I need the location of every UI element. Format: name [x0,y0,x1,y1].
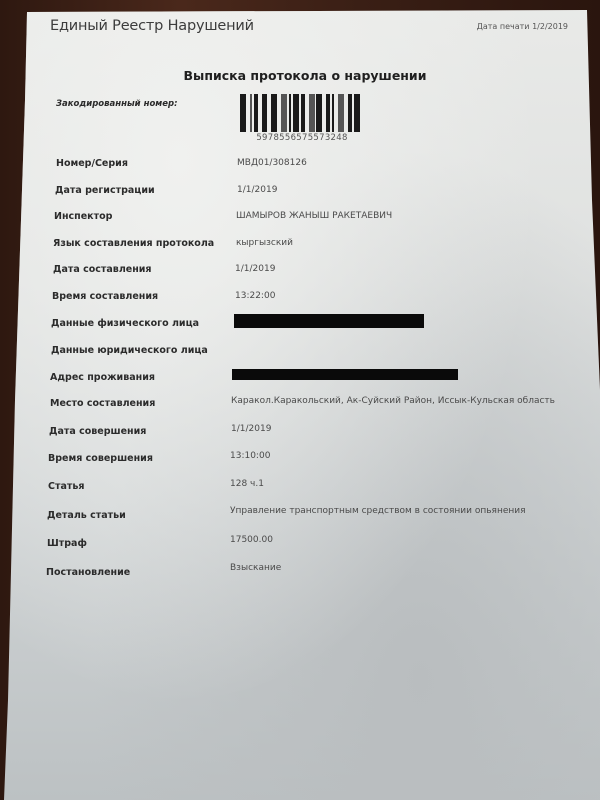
field-value: 1/1/2019 [235,264,275,274]
printed-document: Единый Реестр Нарушений Дата печати 1/2/… [0,0,600,800]
field-value: 13:10:00 [230,451,270,461]
redaction-bar [234,314,424,328]
field-value: 17500.00 [230,535,273,545]
field-label: Дата составления [53,264,152,275]
field-label: Статья [48,481,85,492]
field-label: Постановление [46,567,130,578]
barcode [240,94,364,132]
field-value: Взыскание [230,563,281,573]
field-value: МВД01/308126 [237,158,307,168]
field-label: Данные физического лица [51,318,199,329]
coded-number-label: Закодированный номер: [56,99,178,109]
barcode-number: 5978556575573248 [240,133,364,143]
field-label: Место составления [50,398,155,409]
field-label: Деталь статьи [47,510,126,521]
field-label: Язык составления протокола [53,238,214,249]
field-value: Каракол.Каракольский, Ак-Суйский Район, … [231,396,555,406]
field-label: Время совершения [48,453,153,464]
field-label: Номер/Серия [56,158,128,169]
field-value: 13:22:00 [235,291,275,301]
field-label: Данные юридического лица [51,345,208,356]
document-title: Выписка протокола о нарушении [0,68,600,83]
field-value: ШАМЫРОВ ЖАНЫШ РАКЕТАЕВИЧ [236,211,392,221]
field-label: Дата совершения [49,426,146,437]
field-value: 1/1/2019 [231,424,271,434]
field-label: Дата регистрации [55,185,155,196]
field-value: 1/1/2019 [237,185,277,195]
print-date-label: Дата печати [477,22,530,31]
field-label: Штраф [47,538,87,549]
field-value: кыргызский [236,238,293,248]
field-value: 128 ч.1 [230,479,264,489]
redaction-bar [232,369,458,380]
field-value: Управление транспортным средством в сост… [230,506,526,516]
field-label: Инспектор [54,211,112,222]
field-label: Время составления [52,291,158,302]
print-date-value: 1/2/2019 [532,22,568,31]
print-date: Дата печати 1/2/2019 [477,22,568,31]
registry-header-title: Единый Реестр Нарушений [50,18,254,34]
field-label: Адрес проживания [50,372,155,383]
